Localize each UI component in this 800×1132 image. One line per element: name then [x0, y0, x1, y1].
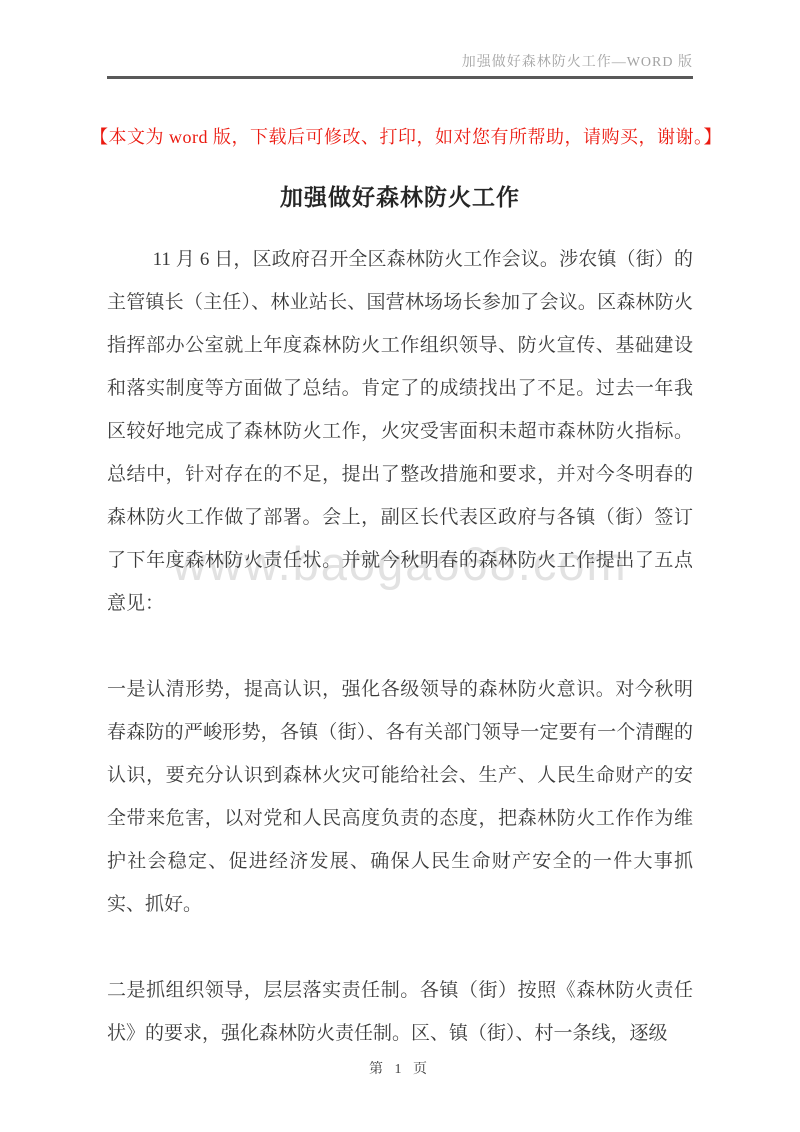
- document-page: 加强做好森林防火工作—WORD 版 www.baogao68.com 【本文为 …: [0, 0, 800, 1132]
- page-header: 加强做好森林防火工作—WORD 版: [107, 0, 693, 79]
- document-title: 加强做好森林防火工作: [0, 179, 800, 212]
- purchase-notice: 【本文为 word 版，下载后可修改、打印，如对您有所帮助，请购买，谢谢。】: [90, 123, 710, 149]
- paragraph: 一是认清形势，提高认识，强化各级领导的森林防火意识。对今秋明春森防的严峻形势，各…: [107, 668, 693, 926]
- paragraph: 11 月 6 日，区政府召开全区森林防火工作会议。涉农镇（街）的主管镇长（主任）…: [107, 238, 693, 625]
- paragraph: 二是抓组织领导，层层落实责任制。各镇（街）按照《森林防火责任状》的要求，强化森林…: [107, 969, 693, 1055]
- document-body: 11 月 6 日，区政府召开全区森林防火工作会议。涉农镇（街）的主管镇长（主任）…: [107, 238, 693, 1055]
- footer-page-number: 第 1 页: [0, 1058, 800, 1078]
